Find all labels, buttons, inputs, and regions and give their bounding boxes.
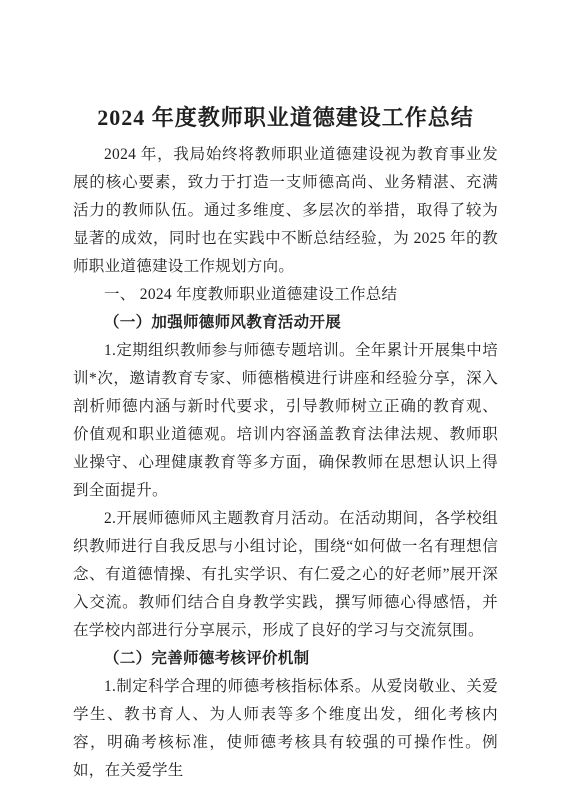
section-heading-level-2: （一）加强师德师风教育活动开展 bbox=[73, 309, 498, 337]
section-heading-level-1: 一、 2024 年度教师职业道德建设工作总结 bbox=[73, 281, 498, 309]
document-page: 2024 年度教师职业道德建设工作总结 2024 年，我局始终将教师职业道德建设… bbox=[0, 0, 570, 807]
paragraph: 1.定期组织教师参与师德专题培训。全年累计开展集中培训*次，邀请教育专家、师德楷… bbox=[73, 337, 498, 505]
section-heading-level-2: （二）完善师德考核评价机制 bbox=[73, 645, 498, 673]
document-body: 2024 年，我局始终将教师职业道德建设视为教育事业发展的核心要素，致力于打造一… bbox=[73, 141, 498, 785]
paragraph: 2.开展师德师风主题教育月活动。在活动期间，各学校组织教师进行自我反思与小组讨论… bbox=[73, 505, 498, 645]
paragraph: 1.制定科学合理的师德考核指标体系。从爱岗敬业、关爱学生、教书育人、为人师表等多… bbox=[73, 673, 498, 785]
page-title: 2024 年度教师职业道德建设工作总结 bbox=[73, 100, 498, 136]
paragraph: 2024 年，我局始终将教师职业道德建设视为教育事业发展的核心要素，致力于打造一… bbox=[73, 141, 498, 281]
